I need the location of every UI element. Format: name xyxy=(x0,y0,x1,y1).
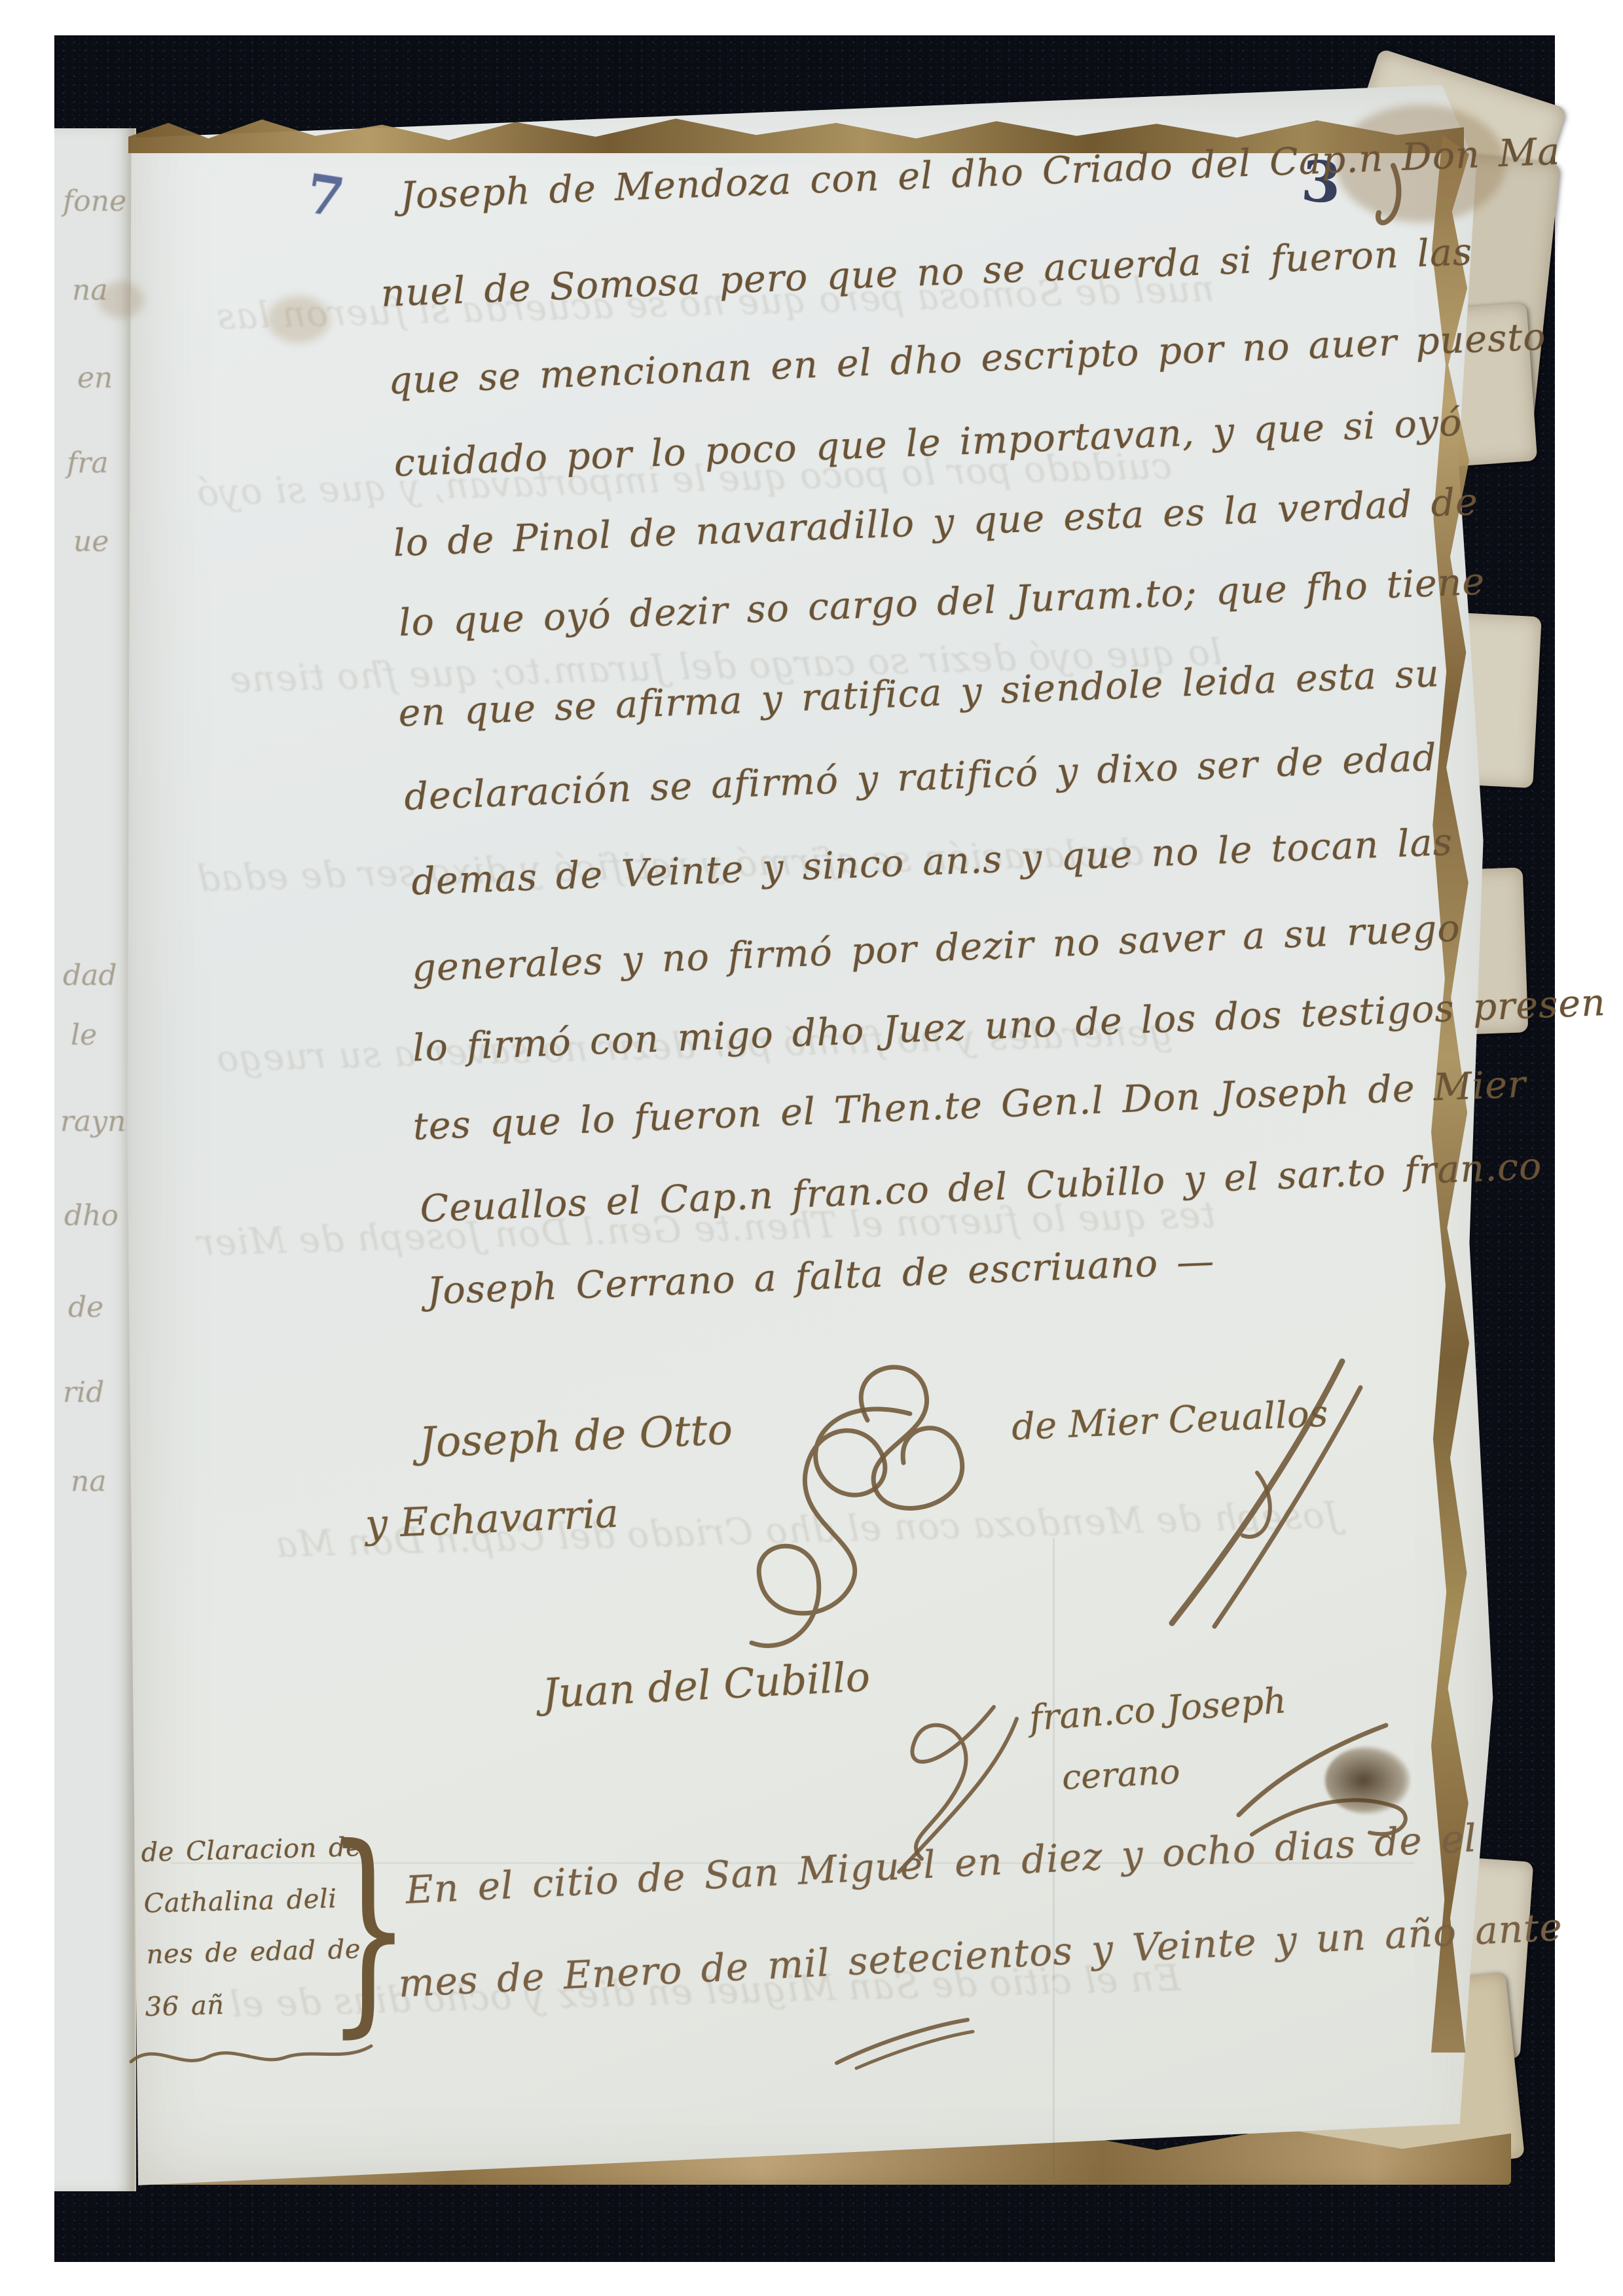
edge-fragment: dad xyxy=(63,959,117,992)
signature-mier-monogram-flourish xyxy=(822,1335,1031,1518)
edge-fragment: en xyxy=(77,361,113,395)
margin-note-line: Cathalina deli xyxy=(143,1884,337,1919)
edge-fragment: le xyxy=(71,1018,97,1052)
ink-blot xyxy=(1325,1746,1410,1814)
previous-page-edge-strip xyxy=(54,128,136,2191)
edge-fragment: fra xyxy=(67,446,109,480)
margin-note-underline-squiggle xyxy=(128,2034,376,2073)
edge-fragment: na xyxy=(71,1465,107,1498)
signature-mier-rubric-strokes xyxy=(1061,1348,1362,1630)
edge-fragment: rayn xyxy=(60,1105,126,1138)
edge-fragment: fone xyxy=(63,185,126,218)
scanned-manuscript-screenshot: nuel de Somosa pero que no se acuerda si… xyxy=(0,0,1623,2296)
signature-serrano-line2: cerano xyxy=(1061,1752,1181,1797)
margin-note-line: 36 añ xyxy=(145,1990,225,2022)
margin-note-brace: } xyxy=(326,1818,411,2039)
edge-fragment: ue xyxy=(73,525,109,558)
edge-fragment: dho xyxy=(64,1199,119,1232)
closing-underline-slash xyxy=(830,2017,974,2070)
edge-fragment: rid xyxy=(63,1376,104,1409)
edge-fragment: na xyxy=(72,274,108,307)
edge-fragment: de xyxy=(68,1291,103,1324)
